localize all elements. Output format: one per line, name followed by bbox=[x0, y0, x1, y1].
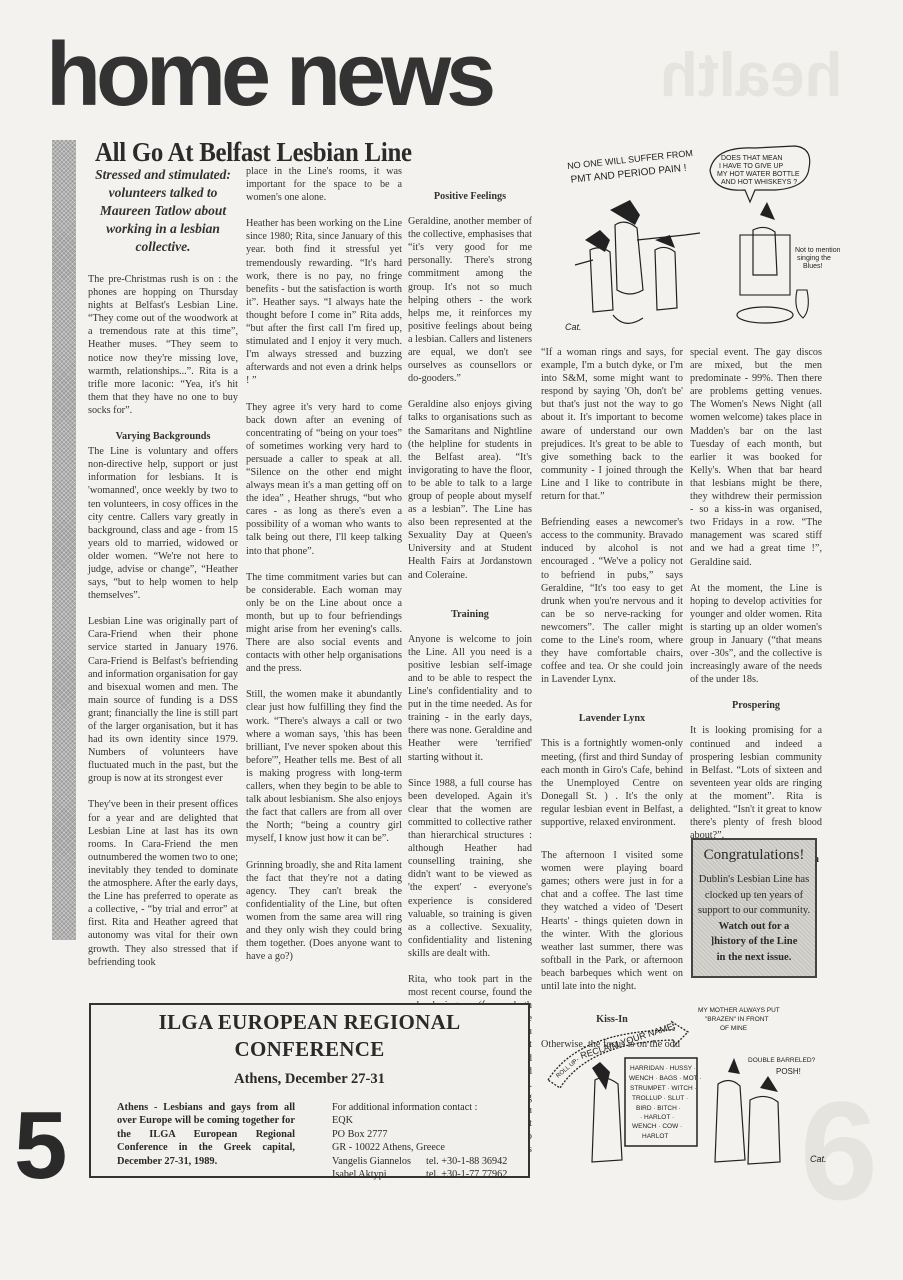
paragraph: Anyone is welcome to join the Line. All … bbox=[408, 633, 532, 764]
article-column-4: “If a woman rings and says, for example,… bbox=[541, 346, 683, 1051]
paragraph: They agree it's very hard to come back d… bbox=[246, 401, 402, 558]
ilga-contact-info: For additional information contact : EQK… bbox=[332, 1101, 532, 1181]
paragraph: The afternoon I visited some women were … bbox=[541, 849, 683, 993]
ilga-title-line: CONFERENCE bbox=[91, 1036, 528, 1063]
paragraph: It is looking promising for a continued … bbox=[690, 724, 822, 842]
paragraph: special event. The gay discos are mixed,… bbox=[690, 346, 822, 569]
paragraph: Lesbian Line was originally part of Cara… bbox=[88, 615, 238, 785]
subheading-lavender-lynx: Lavender Lynx bbox=[541, 712, 683, 725]
ilga-title: ILGA EUROPEAN REGIONAL CONFERENCE bbox=[91, 1009, 528, 1063]
show-through-ghost-title: health bbox=[660, 40, 843, 111]
decorative-halftone-bar bbox=[52, 140, 76, 940]
paragraph: At the moment, the Line is hoping to dev… bbox=[690, 582, 822, 687]
page-number: 5 bbox=[14, 1098, 67, 1194]
ilga-title-line: ILGA EUROPEAN REGIONAL bbox=[91, 1009, 528, 1036]
congrats-line: Watch out for a bbox=[693, 919, 815, 935]
cartoon-reclaim-your-name: ROLL UP ... RECLAIM YOUR NAME HARRIDAN ·… bbox=[540, 1000, 840, 1185]
cartoon-aside-text: Blues! bbox=[803, 263, 823, 270]
paragraph: They've been in their present offices fo… bbox=[88, 798, 238, 968]
contact-org: EQK bbox=[332, 1114, 532, 1127]
cartoon-speech-text: I HAVE TO GIVE UP bbox=[719, 163, 784, 170]
contact-name: Isabel Aktypi bbox=[332, 1168, 426, 1181]
section-masthead: home news bbox=[46, 30, 491, 120]
paragraph: Since 1988, a full course has been devel… bbox=[408, 777, 532, 960]
cartoon-board-text: HARRIDAN · HUSSY · WENCH · BAGS · MOT · … bbox=[629, 1065, 703, 1140]
cartoon-reclaim-drawing: ROLL UP ... RECLAIM YOUR NAME HARRIDAN ·… bbox=[540, 1000, 840, 1185]
congrats-line: Dublin's Lesbian Line has bbox=[693, 872, 815, 888]
paragraph: Grinning broadly, she and Rita lament th… bbox=[246, 859, 402, 964]
contact-row: Isabel Aktypi tel. +30-1-77 77962 bbox=[332, 1168, 532, 1181]
paragraph: place in the Line's rooms, it was import… bbox=[246, 165, 402, 204]
paragraph: Geraldine also enjoys giving talks to or… bbox=[408, 398, 532, 581]
cartoon-aside-text: Not to mention bbox=[795, 247, 840, 254]
paragraph: The time commitment varies but can be co… bbox=[246, 571, 402, 676]
article-headline: All Go At Belfast Lesbian Line bbox=[95, 137, 412, 168]
subheading-varying-backgrounds: Varying Backgrounds bbox=[88, 430, 238, 443]
ilga-subtitle: Athens, December 27-31 bbox=[91, 1071, 528, 1088]
article-column-2: place in the Line's rooms, it was import… bbox=[246, 165, 402, 963]
congrats-line: in the next issue. bbox=[693, 950, 815, 966]
subheading-positive-feelings: Positive Feelings bbox=[408, 190, 532, 203]
cartoon-aside-text: singing the bbox=[797, 255, 831, 262]
cartoon-speech-text: AND HOT WHISKEYS ? bbox=[721, 179, 797, 186]
cartoon-speech-text: DOES THAT MEAN bbox=[721, 155, 782, 162]
cartoon-signature: Cat. bbox=[810, 1154, 827, 1164]
cartoon-speech-text: POSH! bbox=[776, 1067, 801, 1076]
congrats-line: ]history of the Line bbox=[693, 934, 815, 950]
cartoon-speech-text: "BRAZEN" IN FRONT bbox=[705, 1016, 769, 1023]
contact-name: Vangelis Giannelos bbox=[332, 1155, 426, 1168]
cartoon-speech-text: OF MINE bbox=[720, 1025, 748, 1032]
contact-tel: tel. +30-1-77 77962 bbox=[426, 1168, 507, 1181]
ilga-body: Athens - Lesbians and gays from all over… bbox=[117, 1101, 295, 1168]
paragraph: This is a fortnightly women-only meeting… bbox=[541, 737, 683, 829]
subheading-prospering: Prospering bbox=[690, 699, 822, 712]
paragraph: The Line is voluntary and offers non-dir… bbox=[88, 445, 238, 602]
contact-tel: tel. +30-1-88 36942 bbox=[426, 1155, 507, 1168]
congratulations-box: Congratulations! Dublin's Lesbian Line h… bbox=[691, 838, 817, 978]
paragraph: Still, the women make it abundantly clea… bbox=[246, 688, 402, 845]
article-column-5: special event. The gay discos are mixed,… bbox=[690, 346, 822, 894]
paragraph: Geraldine, another member of the collect… bbox=[408, 215, 532, 385]
article-standfirst: Stressed and stimulated: volunteers talk… bbox=[88, 166, 238, 256]
cartoon-signature: Cat. bbox=[565, 322, 582, 332]
contact-address: GR - 10022 Athens, Greece bbox=[332, 1141, 532, 1154]
cartoon-pmt-drawing: NO ONE WILL SUFFER FROM PMT AND PERIOD P… bbox=[555, 140, 840, 335]
subheading-training: Training bbox=[408, 608, 532, 621]
paragraph: Heather has been working on the Line sin… bbox=[246, 217, 402, 387]
paragraph: Befriending eases a newcomer's access to… bbox=[541, 516, 683, 686]
congrats-line: clocked up ten years of bbox=[693, 888, 815, 904]
cartoon-speech-text: MY HOT WATER BOTTLE bbox=[717, 171, 800, 178]
paragraph: The pre-Christmas rush is on : the phone… bbox=[88, 273, 238, 417]
ilga-conference-box: ILGA EUROPEAN REGIONAL CONFERENCE Athens… bbox=[89, 1003, 530, 1178]
congratulations-title: Congratulations! bbox=[693, 846, 815, 864]
contact-heading: For additional information contact : bbox=[332, 1101, 532, 1114]
contact-po-box: PO Box 2777 bbox=[332, 1128, 532, 1141]
cartoon-speech-text: DOUBLE BARRELED? bbox=[748, 1057, 816, 1064]
contact-row: Vangelis Giannelos tel. +30-1-88 36942 bbox=[332, 1155, 532, 1168]
congrats-line: support to our community. bbox=[693, 903, 815, 919]
article-column-1: Stressed and stimulated: volunteers talk… bbox=[88, 166, 238, 969]
cartoon-speech-text: MY MOTHER ALWAYS PUT bbox=[698, 1007, 780, 1014]
cartoon-pmt: NO ONE WILL SUFFER FROM PMT AND PERIOD P… bbox=[555, 140, 840, 335]
paragraph: “If a woman rings and says, for example,… bbox=[541, 346, 683, 503]
